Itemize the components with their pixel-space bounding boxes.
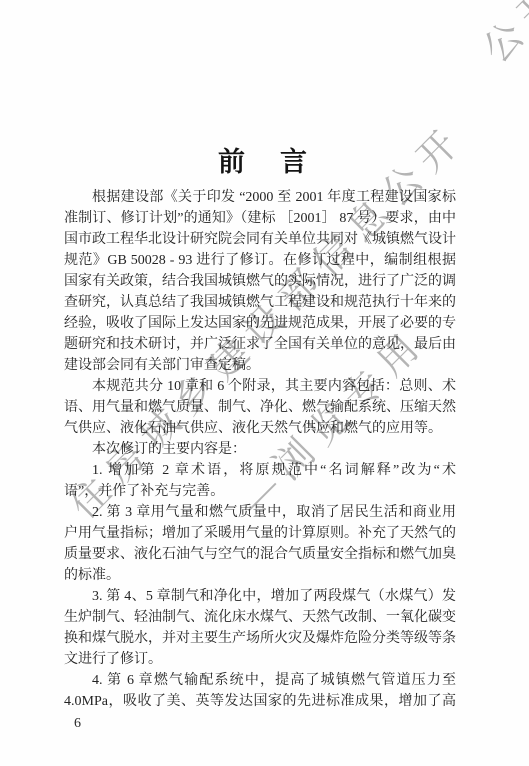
- text-line: 经验，吸收了国际上发达国家的先进规范成果，开展了必要的专: [64, 313, 456, 334]
- text-line: 户用气量指标；增加了采暖用气量的计算原则。补充了天然气的: [64, 523, 456, 544]
- body-text: 根据建设部《关于印发 “2000 至 2001 年度工程建设国家标准制订、修订计…: [64, 187, 456, 712]
- text-line: 建设部会同有关部门审查定稿。: [64, 355, 456, 376]
- text-line: 生炉制气、轻油制气、流化床水煤气、天然气改制、一氧化碳变: [64, 607, 456, 628]
- page-title: 前 言: [0, 140, 529, 179]
- text-line: 2. 第 3 章用气量和燃气质量中，取消了居民生活和商业用: [64, 502, 456, 523]
- text-line: 质量要求、液化石油气与空气的混合气质量安全指标和燃气加臭: [64, 544, 456, 565]
- text-line: 3. 第 4、5 章制气和净化中，增加了两段煤气（水煤气）发: [64, 586, 456, 607]
- text-line: 本规范共分 10 章和 6 个附录，其主要内容包括：总则、术: [64, 376, 456, 397]
- text-line: 的标准。: [64, 565, 456, 586]
- text-line: 根据建设部《关于印发 “2000 至 2001 年度工程建设国家标: [64, 187, 456, 208]
- text-line: 1. 增加第 2 章术语，将原规范中“名词解释”改为“术: [64, 460, 456, 481]
- text-line: 换和煤气脱水，并对主要生产场所火灾及爆炸危险分类等级等条: [64, 628, 456, 649]
- text-line: 4. 第 6 章燃气输配系统中，提高了城镇燃气管道压力至: [64, 670, 456, 691]
- text-line: 文进行了修订。: [64, 649, 456, 670]
- text-line: 规范》GB 50028 - 93 进行了修订。在修订过程中，编制组根据: [64, 250, 456, 271]
- text-line: 语”，并作了补充与完善。: [64, 481, 456, 502]
- watermark-corner-fragment: 公开: [468, 0, 529, 73]
- text-line: 气供应、液化石油气供应、液化天然气供应和燃气的应用等。: [64, 418, 456, 439]
- text-line: 语、用气量和燃气质量、制气、净化、燃气输配系统、压缩天然: [64, 397, 456, 418]
- text-line: 4.0MPa，吸收了美、英等发达国家的先进标准成果，增加了高: [64, 691, 456, 712]
- text-line: 本次修订的主要内容是：: [64, 439, 456, 460]
- document-page: 住房城乡建设部信息公开 —浏览专用 公开 前 言 根据建设部《关于印发 “200…: [0, 0, 529, 766]
- text-line: 查研究，认真总结了我国城镇燃气工程建设和规范执行十年来的: [64, 292, 456, 313]
- text-line: 国市政工程华北设计研究院会同有关单位共同对《城镇燃气设计: [64, 229, 456, 250]
- text-line: 题研究和技术研讨，并广泛征求了全国有关单位的意见，最后由: [64, 334, 456, 355]
- text-line: 国家有关政策，结合我国城镇燃气的实际情况，进行了广泛的调: [64, 271, 456, 292]
- page-number: 6: [74, 716, 81, 732]
- text-line: 准制订、修订计划”的通知》（建标 ［2001］ 87 号）要求，由中: [64, 208, 456, 229]
